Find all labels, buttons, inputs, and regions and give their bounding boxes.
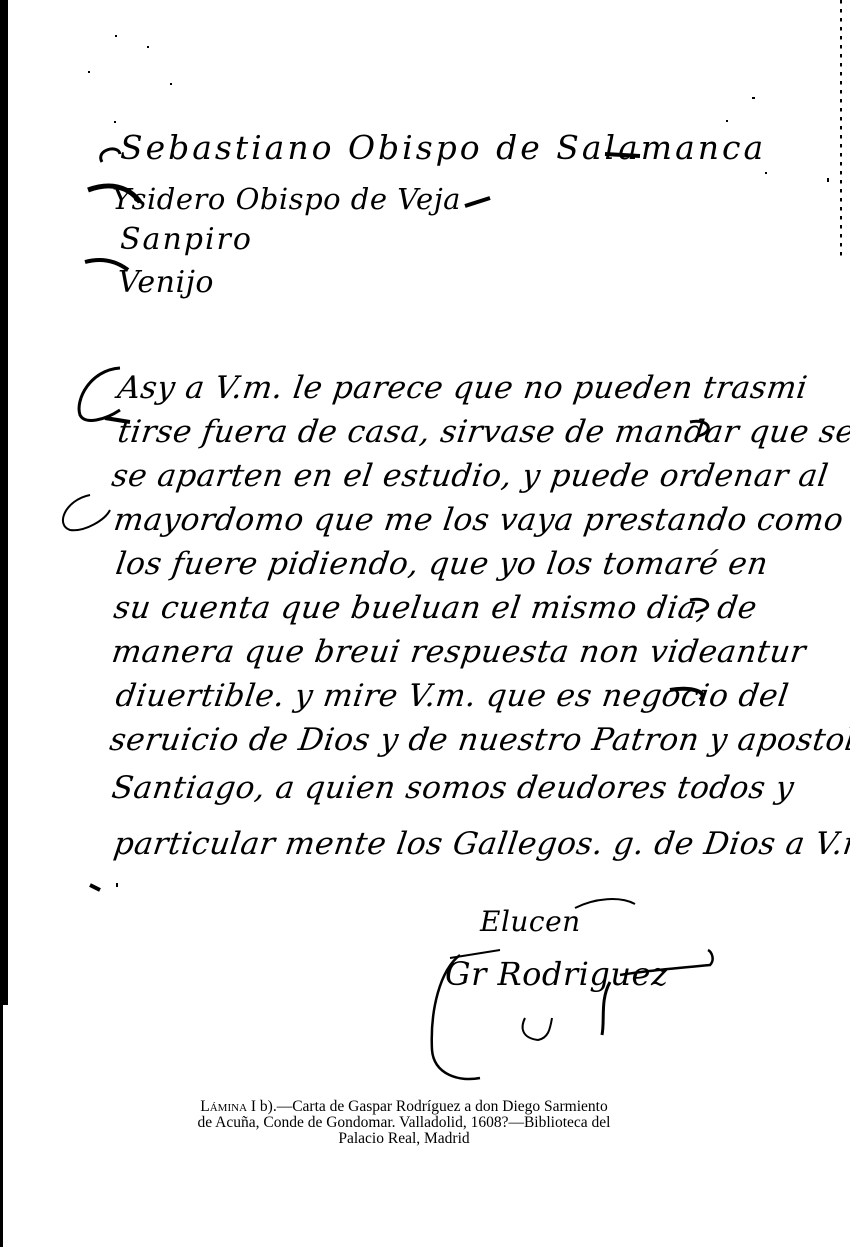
speck [116, 883, 118, 887]
speck [726, 120, 728, 122]
scanned-page: Sebastiano Obispo de Salamanca Ysidero O… [0, 0, 850, 1247]
caption-text: I b).—Carta de Gaspar Rodríguez a don Di… [247, 1098, 608, 1115]
speck [88, 71, 90, 73]
addressee-line: Sanpiro [120, 222, 253, 257]
letter-line: Santiago, a quien somos deudores todos y [109, 770, 796, 806]
letter-line: su cuenta que bueluan el mismo dia, de [111, 590, 759, 626]
caption-line: de Acuña, Conde de Gondomar. Valladolid,… [124, 1115, 684, 1131]
plate-caption: Lámina I b).—Carta de Gaspar Rodríguez a… [124, 1099, 684, 1147]
signature-closing: Elucen [480, 905, 581, 938]
addressee-line: Ysidero Obispo de Veja [112, 182, 461, 216]
letter-line: manera que breui respuesta non videantur [109, 634, 808, 670]
scan-edge-artifact [840, 0, 842, 260]
caption-plate-label: Lámina [200, 1098, 247, 1115]
speck [827, 178, 829, 182]
letter-line: los fuere pidiendo, que yo los tomaré en [113, 546, 770, 582]
letter-line: seruicio de Dios y de nuestro Patron y a… [107, 722, 850, 758]
speck [114, 121, 116, 123]
letter-line: tirse fuera de casa, sirvase de mandar q… [115, 414, 850, 450]
caption-line: Lámina I b).—Carta de Gaspar Rodríguez a… [124, 1099, 684, 1115]
letter-line: diuertible. y mire V.m. que es negocio d… [113, 678, 791, 714]
speck [765, 172, 767, 174]
letter-line: particular mente los Gallegos. g. de Dio… [111, 826, 850, 862]
letter-line: se aparten en el estudio, y puede ordena… [109, 458, 830, 494]
caption-line: Palacio Real, Madrid [124, 1131, 684, 1147]
addressee-line: Sebastiano Obispo de Salamanca [120, 128, 766, 167]
addressee-line: Venijo [118, 265, 214, 300]
speck [115, 35, 117, 37]
speck [147, 46, 149, 48]
letter-line: mayordomo que me los vaya prestando como [111, 502, 845, 538]
letter-line: Asy a V.m. le parece que no pueden trasm… [115, 370, 809, 406]
speck [752, 97, 755, 99]
scan-edge-artifact [0, 1005, 3, 1247]
scan-edge-artifact [0, 0, 8, 1005]
signature-name: Gr Rodriguez [445, 955, 668, 993]
speck [170, 83, 172, 85]
